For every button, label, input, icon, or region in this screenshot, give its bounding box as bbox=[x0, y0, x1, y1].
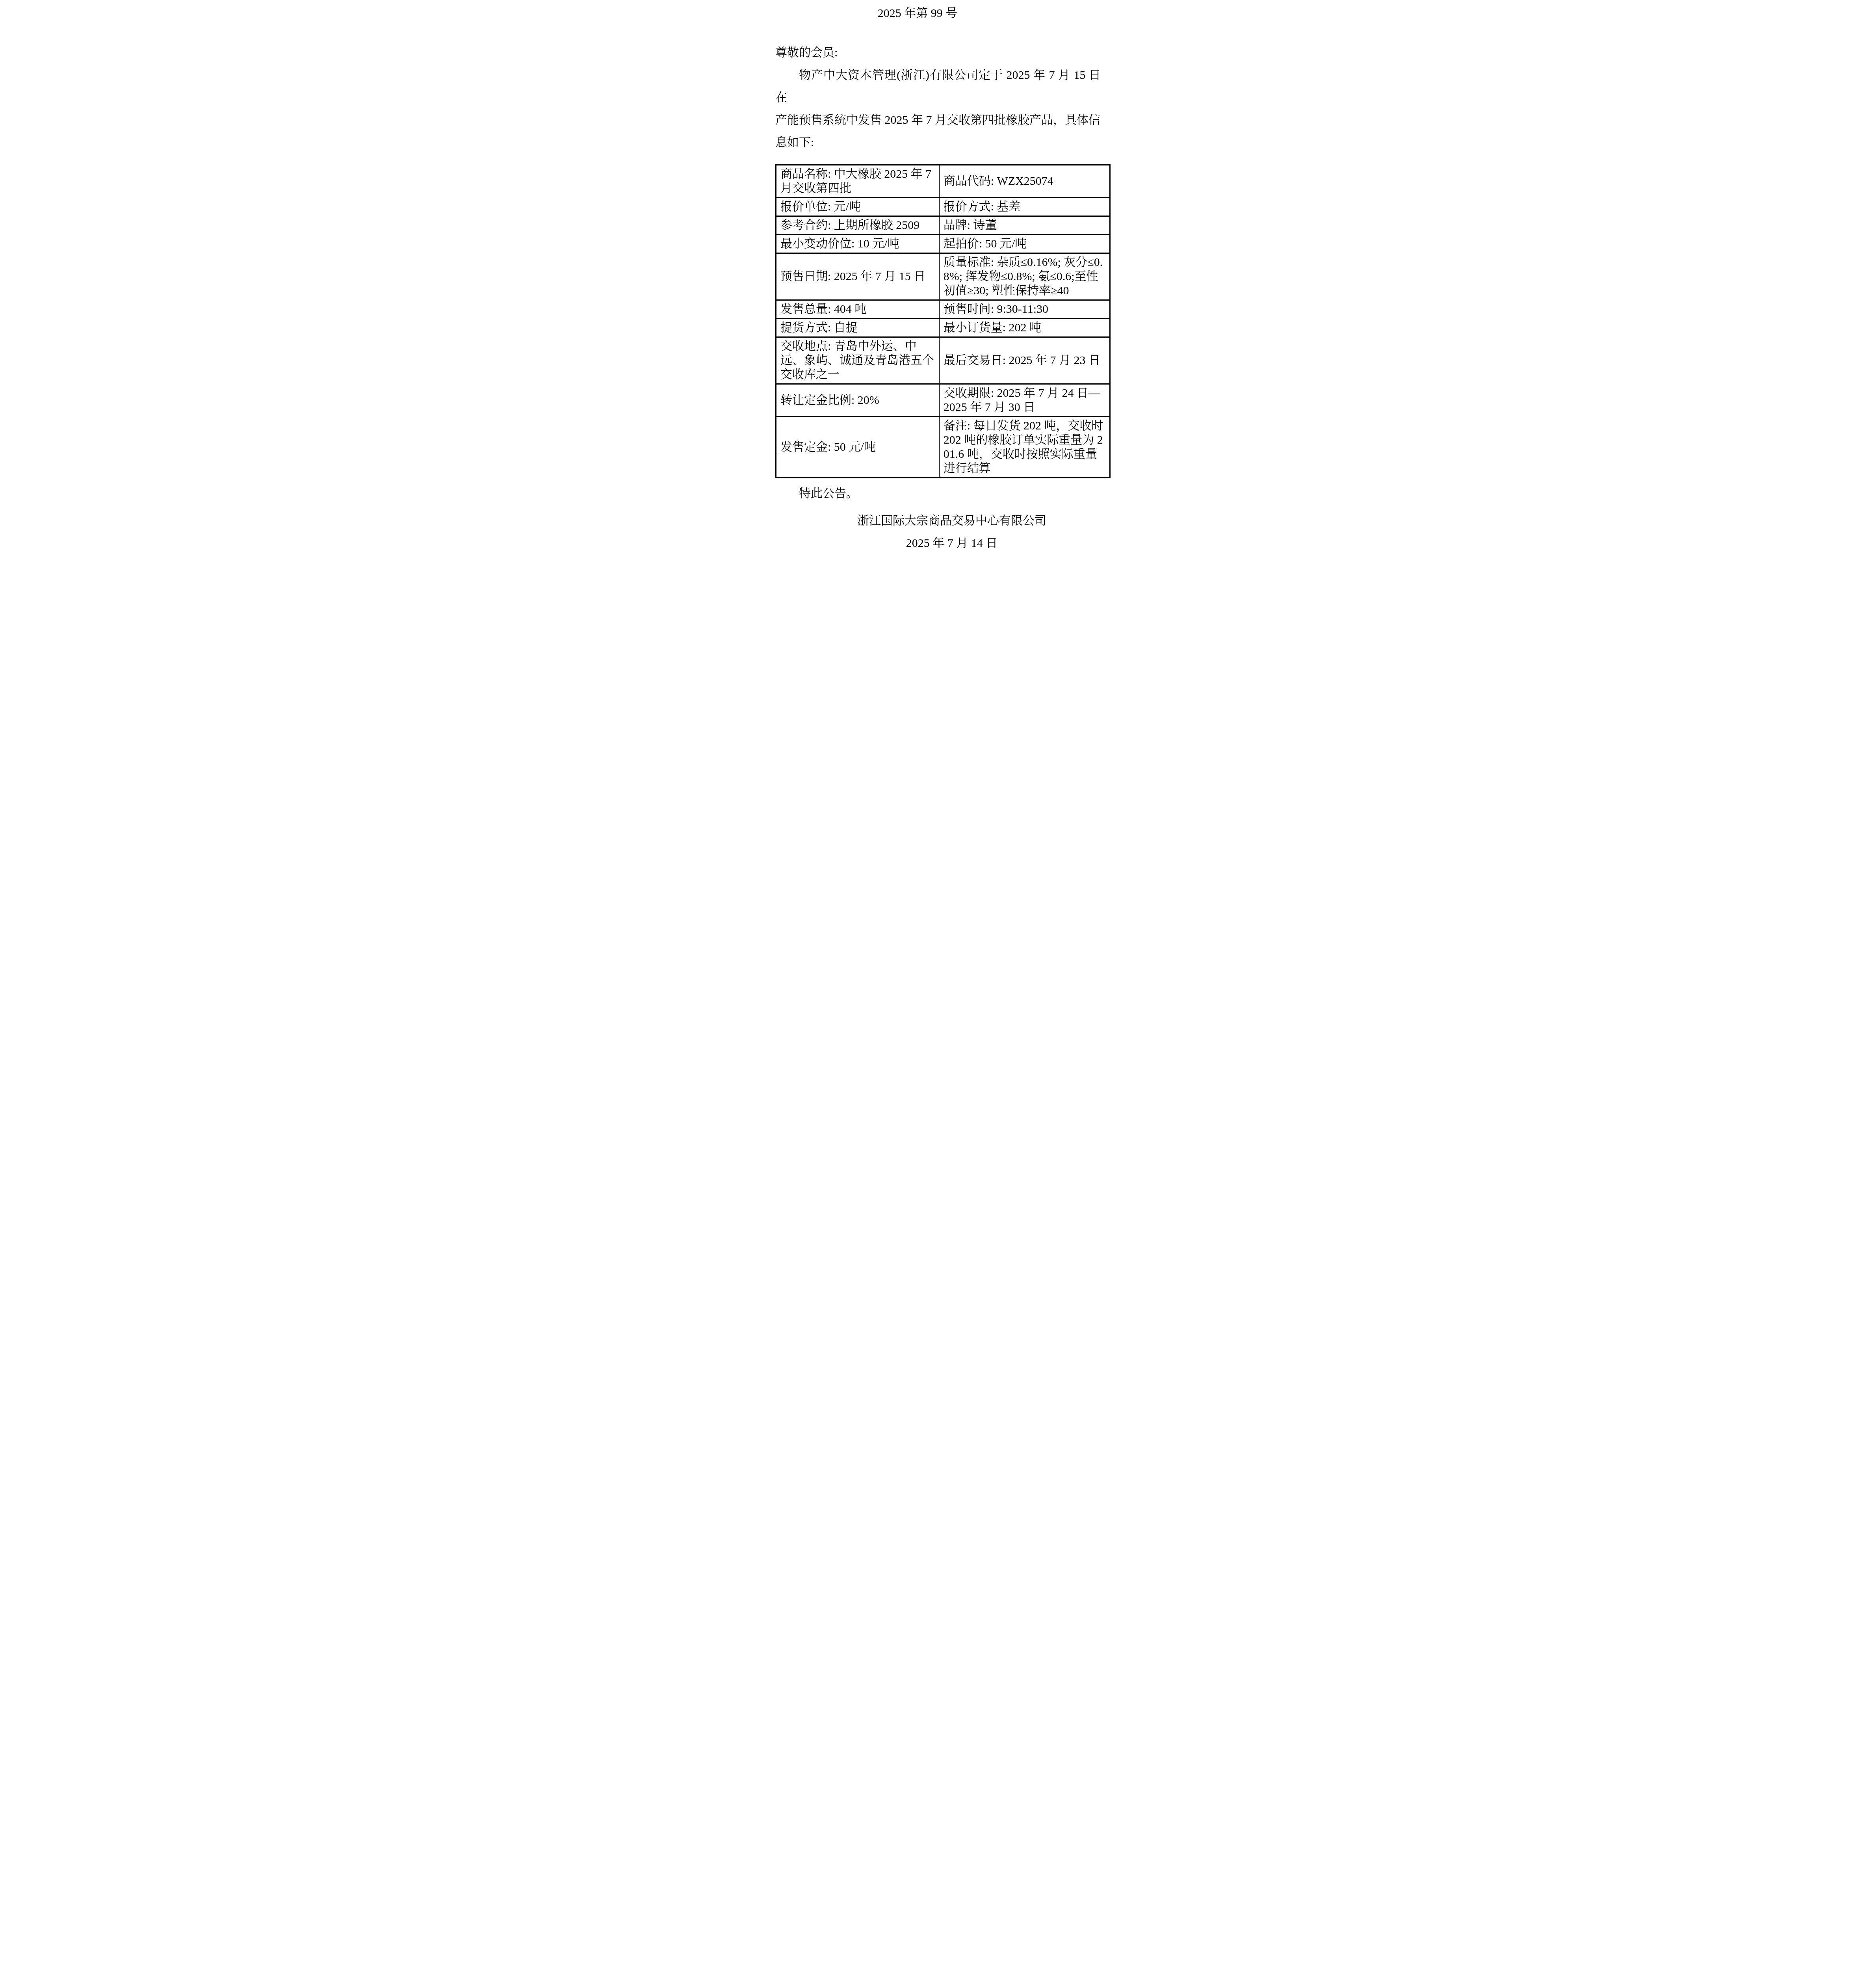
table-row: 发售定金: 50 元/吨 备注: 每日发货 202 吨，交收时 202 吨的橡胶… bbox=[776, 417, 1110, 478]
cell-min-tick: 最小变动价位: 10 元/吨 bbox=[776, 235, 940, 253]
table-row: 参考合约: 上期所橡胶 2509 品牌: 诗董 bbox=[776, 216, 1110, 235]
cell-ref-contract: 参考合约: 上期所橡胶 2509 bbox=[776, 216, 940, 235]
closing-line: 特此公告。 bbox=[775, 482, 1101, 505]
table-row: 报价单位: 元/吨 报价方式: 基差 bbox=[776, 198, 1110, 216]
cell-delivery-period: 交收期限: 2025 年 7 月 24 日—2025 年 7 月 30 日 bbox=[939, 384, 1110, 417]
cell-product-code: 商品代码: WZX25074 bbox=[939, 165, 1110, 198]
table-row: 转让定金比例: 20% 交收期限: 2025 年 7 月 24 日—2025 年… bbox=[776, 384, 1110, 417]
issuer-line: 浙江国际大宗商品交易中心有限公司 bbox=[857, 509, 1046, 532]
cell-quality-standard: 质量标准: 杂质≤0.16%; 灰分≤0.8%; 挥发物≤0.8%; 氨≤0.6… bbox=[939, 253, 1110, 300]
paragraph-line: 物产中大资本管理(浙江)有限公司定于 2025 年 7 月 15 日在 bbox=[775, 64, 1101, 109]
paragraph-line: 产能预售系统中发售 2025 年 7 月交收第四批橡胶产品，具体信 bbox=[775, 109, 1101, 131]
cell-start-price: 起拍价: 50 元/吨 bbox=[939, 235, 1110, 253]
cell-remark: 备注: 每日发货 202 吨，交收时 202 吨的橡胶订单实际重量为 201.6… bbox=[939, 417, 1110, 478]
cell-presale-date: 预售日期: 2025 年 7 月 15 日 bbox=[776, 253, 940, 300]
table-row: 提货方式: 自提 最小订货量: 202 吨 bbox=[776, 319, 1110, 337]
paragraph-line: 息如下: bbox=[775, 131, 1101, 154]
date-line: 2025 年 7 月 14 日 bbox=[857, 532, 1046, 554]
table-row: 商品名称: 中大橡胶 2025 年 7 月交收第四批 商品代码: WZX2507… bbox=[776, 165, 1110, 198]
cell-product-name: 商品名称: 中大橡胶 2025 年 7 月交收第四批 bbox=[776, 165, 940, 198]
table-row: 发售总量: 404 吨 预售时间: 9:30-11:30 bbox=[776, 300, 1110, 319]
table-row: 交收地点: 青岛中外运、中远、象屿、诚通及青岛港五个交收库之一 最后交易日: 2… bbox=[776, 337, 1110, 384]
cell-quote-method: 报价方式: 基差 bbox=[939, 198, 1110, 216]
cell-presale-time: 预售时间: 9:30-11:30 bbox=[939, 300, 1110, 319]
salutation: 尊敬的会员: bbox=[775, 41, 1101, 64]
notice-body: 尊敬的会员: 物产中大资本管理(浙江)有限公司定于 2025 年 7 月 15 … bbox=[775, 41, 1101, 554]
cell-last-trade-day: 最后交易日: 2025 年 7 月 23 日 bbox=[939, 337, 1110, 384]
cell-total-volume: 发售总量: 404 吨 bbox=[776, 300, 940, 319]
cell-sale-deposit: 发售定金: 50 元/吨 bbox=[776, 417, 940, 478]
cell-transfer-deposit-ratio: 转让定金比例: 20% bbox=[776, 384, 940, 417]
cell-quote-unit: 报价单位: 元/吨 bbox=[776, 198, 940, 216]
announcement-page: 2025 年第 99 号 尊敬的会员: 物产中大资本管理(浙江)有限公司定于 2… bbox=[721, 0, 1155, 613]
signature-block: 浙江国际大宗商品交易中心有限公司 2025 年 7 月 14 日 bbox=[857, 509, 1046, 554]
intro-paragraph: 物产中大资本管理(浙江)有限公司定于 2025 年 7 月 15 日在 产能预售… bbox=[775, 64, 1101, 154]
cell-min-order: 最小订货量: 202 吨 bbox=[939, 319, 1110, 337]
cell-delivery-place: 交收地点: 青岛中外运、中远、象屿、诚通及青岛港五个交收库之一 bbox=[776, 337, 940, 384]
cell-brand: 品牌: 诗董 bbox=[939, 216, 1110, 235]
table-row: 最小变动价位: 10 元/吨 起拍价: 50 元/吨 bbox=[776, 235, 1110, 253]
cell-pickup-method: 提货方式: 自提 bbox=[776, 319, 940, 337]
doc-number: 2025 年第 99 号 bbox=[721, 0, 1155, 22]
table-row: 预售日期: 2025 年 7 月 15 日 质量标准: 杂质≤0.16%; 灰分… bbox=[776, 253, 1110, 300]
product-info-table: 商品名称: 中大橡胶 2025 年 7 月交收第四批 商品代码: WZX2507… bbox=[775, 164, 1111, 478]
